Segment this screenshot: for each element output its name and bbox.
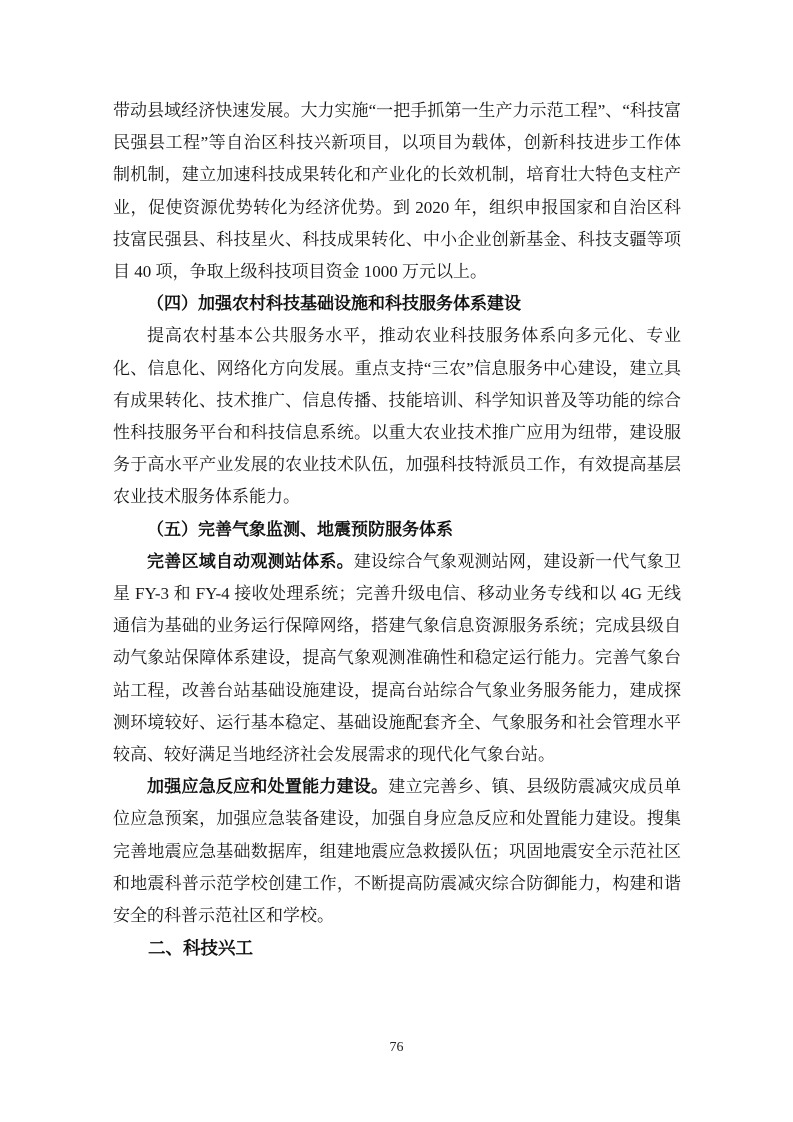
paragraph-observation-text: 建设综合气象观测站网，建设新一代气象卫星 FY-3 和 FY-4 接收处理系统；… [113,552,681,764]
document-page: 带动县域经济快速发展。大力实施“一把手抓第一生产力示范工程”、“科技富民强县工程… [0,0,793,1122]
page-footer: 76 [0,1038,793,1058]
paragraph-emergency-text: 建立完善乡、镇、县级防震减灾成员单位应急预案，加强应急装备建设，加强自身应急反应… [113,777,681,925]
paragraph-emergency-response: 加强应急反应和处置能力建设。建立完善乡、镇、县级防震减灾成员单位应急预案，加强应… [113,771,681,932]
heading-chapter-2: 二、科技兴工 [113,932,681,964]
paragraph-continuation: 带动县域经济快速发展。大力实施“一把手抓第一生产力示范工程”、“科技富民强县工程… [113,95,681,288]
paragraph-emergency-lead: 加强应急反应和处置能力建设。 [147,777,388,796]
paragraph-observation-system: 完善区域自动观测站体系。建设综合气象观测站网，建设新一代气象卫星 FY-3 和 … [113,546,681,771]
heading-section-5: （五）完善气象监测、地震预防服务体系 [113,514,681,546]
page-number: 76 [390,1040,404,1055]
paragraph-observation-lead: 完善区域自动观测站体系。 [147,552,354,571]
heading-section-4: （四）加强农村科技基础设施和科技服务体系建设 [113,288,681,320]
page-body-text: 带动县域经济快速发展。大力实施“一把手抓第一生产力示范工程”、“科技富民强县工程… [113,95,681,964]
paragraph-section-4: 提高农村基本公共服务水平，推动农业科技服务体系向多元化、专业化、信息化、网络化方… [113,320,681,513]
